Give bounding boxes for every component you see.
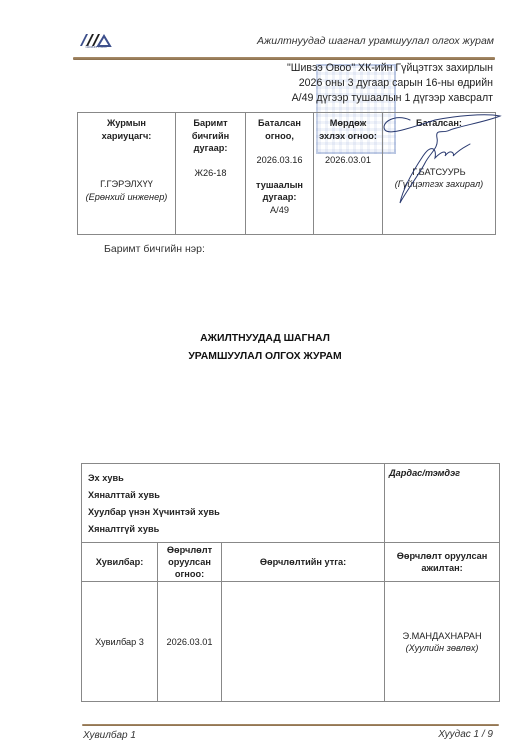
annex-line-2: 2026 оны 3 дугаар сарын 16-ны өдрийн [287, 76, 493, 91]
annex-reference: "Шивээ Овоо" ХК-ийн Гүйцэтгэх захирлын 2… [287, 61, 493, 106]
stamp-cell: Дардас/тэмдэг [385, 464, 500, 543]
document-title-line-1: АЖИЛТНУУДАД ШАГНАЛ [0, 333, 530, 344]
document-title-line-2: УРАМШУУЛАЛ ОЛГОХ ЖУРАМ [0, 351, 530, 362]
table-row: Хувилбар 3 2026.03.01 Э.МАНДАХНАРАН (Хуу… [82, 582, 500, 702]
annex-line-3: А/49 дүгээр тушаалын 1 дүгээр хавсралт [287, 91, 493, 106]
column-header-changed-by: Өөрчлөлт оруулсан ажилтан: [385, 543, 500, 582]
effective-date-value: 2026.03.01 [317, 154, 379, 167]
changed-by-name: Э.МАНДАХНАРАН [386, 630, 498, 642]
changed-by-role: (Хуулийн зөвлөх) [386, 642, 498, 654]
header-divider [73, 57, 495, 60]
copy-type-controlled: Хяналттай хувь [88, 487, 378, 504]
cell-version: Хувилбар 3 [82, 582, 158, 702]
copy-type-original: Эх хувь [88, 470, 378, 487]
approved-by-label: Баталсан: [386, 117, 492, 130]
order-number-value: А/49 [249, 204, 310, 217]
approved-by-cell: Баталсан: Г.БАТСУУРЬ (Гүйцэтгэх захирал) [383, 113, 496, 235]
approved-date-cell: Баталсан огноо, 2026.03.16 тушаалын дуга… [246, 113, 314, 235]
approved-date-value: 2026.03.16 [249, 154, 310, 167]
footer-version: Хувилбар 1 [83, 730, 136, 741]
copy-type-uncontrolled: Хяналтгүй хувь [88, 521, 378, 538]
copy-type-certified: Хуулбар үнэн Хүчинтэй хувь [88, 504, 378, 521]
cell-change-description [222, 582, 385, 702]
column-header-change-date: Өөрчлөлт оруулсан огноо: [158, 543, 222, 582]
footer-divider [82, 724, 499, 726]
version-control-table: Эх хувь Хяналттай хувь Хуулбар үнэн Хүчи… [81, 463, 500, 702]
approved-date-label: Баталсан огноо, [249, 117, 310, 142]
document-number-cell: Баримт бичгийн дугаар: Ж26-18 [176, 113, 246, 235]
effective-date-label: Мөрдөж эхлэх огноо: [317, 117, 379, 142]
column-header-version: Хувилбар: [82, 543, 158, 582]
effective-date-cell: Мөрдөж эхлэх огноо: 2026.03.01 [314, 113, 383, 235]
annex-line-1: "Шивээ Овоо" ХК-ийн Гүйцэтгэх захирлын [287, 61, 493, 76]
logo-text: Шивээ Овоо [74, 44, 118, 49]
responsible-label: Журмын хариуцагч: [81, 117, 172, 142]
copy-types-cell: Эх хувь Хяналттай хувь Хуулбар үнэн Хүчи… [82, 464, 385, 543]
document-number-value: Ж26-18 [179, 167, 242, 180]
table-header-row: Хувилбар: Өөрчлөлт оруулсан огноо: Өөрчл… [82, 543, 500, 582]
approval-table: Журмын хариуцагч: Г.ГЭРЭЛХҮҮ (Ерөнхий ин… [77, 112, 496, 235]
responsible-name: Г.ГЭРЭЛХҮҮ [81, 178, 172, 191]
responsible-cell: Журмын хариуцагч: Г.ГЭРЭЛХҮҮ (Ерөнхий ин… [78, 113, 176, 235]
responsible-role: (Ерөнхий инженер) [81, 191, 172, 204]
approved-by-name: Г.БАТСУУРЬ [386, 166, 492, 179]
approved-by-role: (Гүйцэтгэх захирал) [386, 178, 492, 191]
header-title: Ажилтнуудад шагнал урамшуулал олгох жура… [257, 35, 494, 47]
document-name-label: Баримт бичгийн нэр: [104, 243, 205, 255]
column-header-change-description: Өөрчлөлтийн утга: [222, 543, 385, 582]
footer-page-number: Хуудас 1 / 9 [438, 729, 493, 740]
cell-change-date: 2026.03.01 [158, 582, 222, 702]
cell-changed-by: Э.МАНДАХНАРАН (Хуулийн зөвлөх) [385, 582, 500, 702]
order-number-label: тушаалын дугаар: [249, 179, 310, 204]
document-number-label: Баримт бичгийн дугаар: [179, 117, 242, 155]
